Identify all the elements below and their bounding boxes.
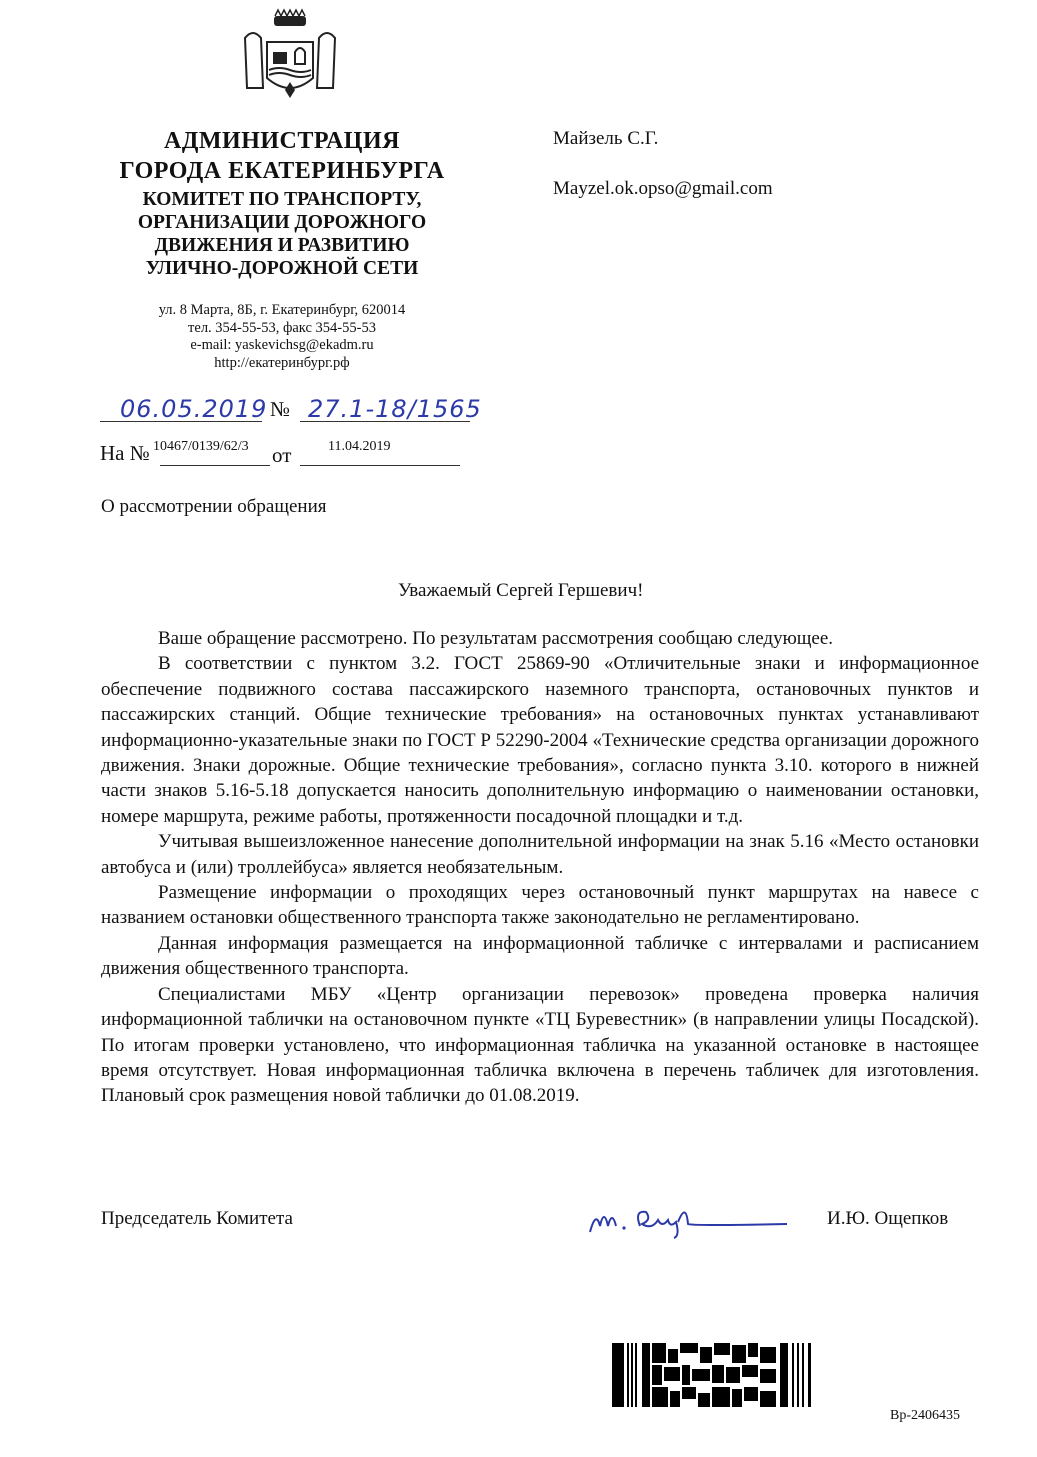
committee-name: КОМИТЕТ ПО ТРАНСПОРТУ, ОРГАНИЗАЦИИ ДОРОЖ…	[92, 188, 472, 280]
reply-number-underline	[160, 465, 270, 466]
number-symbol: №	[270, 397, 290, 422]
outgoing-number: 27.1-18/1565	[308, 395, 482, 423]
body-paragraph: Учитывая вышеизложенное нанесение дополн…	[101, 829, 979, 880]
barcode-id: Вр-2406435	[890, 1408, 960, 1424]
body-paragraph: Специалистами МБУ «Центр организации пер…	[101, 982, 979, 1109]
body-paragraph: Данная информация размещается на информа…	[101, 931, 979, 982]
org-address: ул. 8 Марта, 8Б, г. Екатеринбург, 620014	[92, 302, 472, 320]
coat-of-arms-icon	[237, 8, 343, 108]
body-paragraph: В соответствии с пунктом 3.2. ГОСТ 25869…	[101, 651, 979, 829]
org-phone: тел. 354-55-53, факс 354-55-53	[92, 320, 472, 338]
body-paragraph: Ваше обращение рассмотрено. По результат…	[101, 626, 979, 651]
reply-to-label: На №	[100, 441, 150, 466]
recipient-email: Mayzel.ok.opso@gmail.com	[553, 178, 773, 200]
outgoing-date: 06.05.2019	[120, 395, 267, 423]
org-name: АДМИНИСТРАЦИЯ ГОРОДА ЕКАТЕРИНБУРГА	[92, 126, 472, 186]
registration-row: 06.05.2019 № 27.1-18/1565	[100, 395, 520, 425]
org-email: e-mail: yaskevichsg@ekadm.ru	[92, 337, 472, 355]
reply-date-underline	[300, 465, 460, 466]
body-paragraph: Размещение информации о проходящих через…	[101, 880, 979, 931]
salutation: Уважаемый Сергей Гершевич!	[398, 580, 643, 602]
org-website: http://екатеринбург.рф	[92, 355, 472, 373]
reply-to-number: 10467/0139/62/3	[153, 439, 249, 455]
recipient-name: Майзель С.Г.	[553, 128, 658, 150]
from-label: от	[272, 443, 291, 468]
letter-subject: О рассмотрении обращения	[101, 496, 327, 518]
signatory-title: Председатель Комитета	[101, 1208, 293, 1230]
signatory-name: И.Ю. Ощепков	[827, 1208, 948, 1230]
barcode-icon	[612, 1343, 912, 1407]
number-underline	[300, 421, 470, 422]
letter-body: Ваше обращение рассмотрено. По результат…	[101, 626, 979, 1109]
signature-icon	[582, 1196, 792, 1240]
reply-to-date: 11.04.2019	[328, 439, 390, 455]
date-underline	[100, 421, 262, 422]
org-contacts: ул. 8 Марта, 8Б, г. Екатеринбург, 620014…	[92, 302, 472, 372]
